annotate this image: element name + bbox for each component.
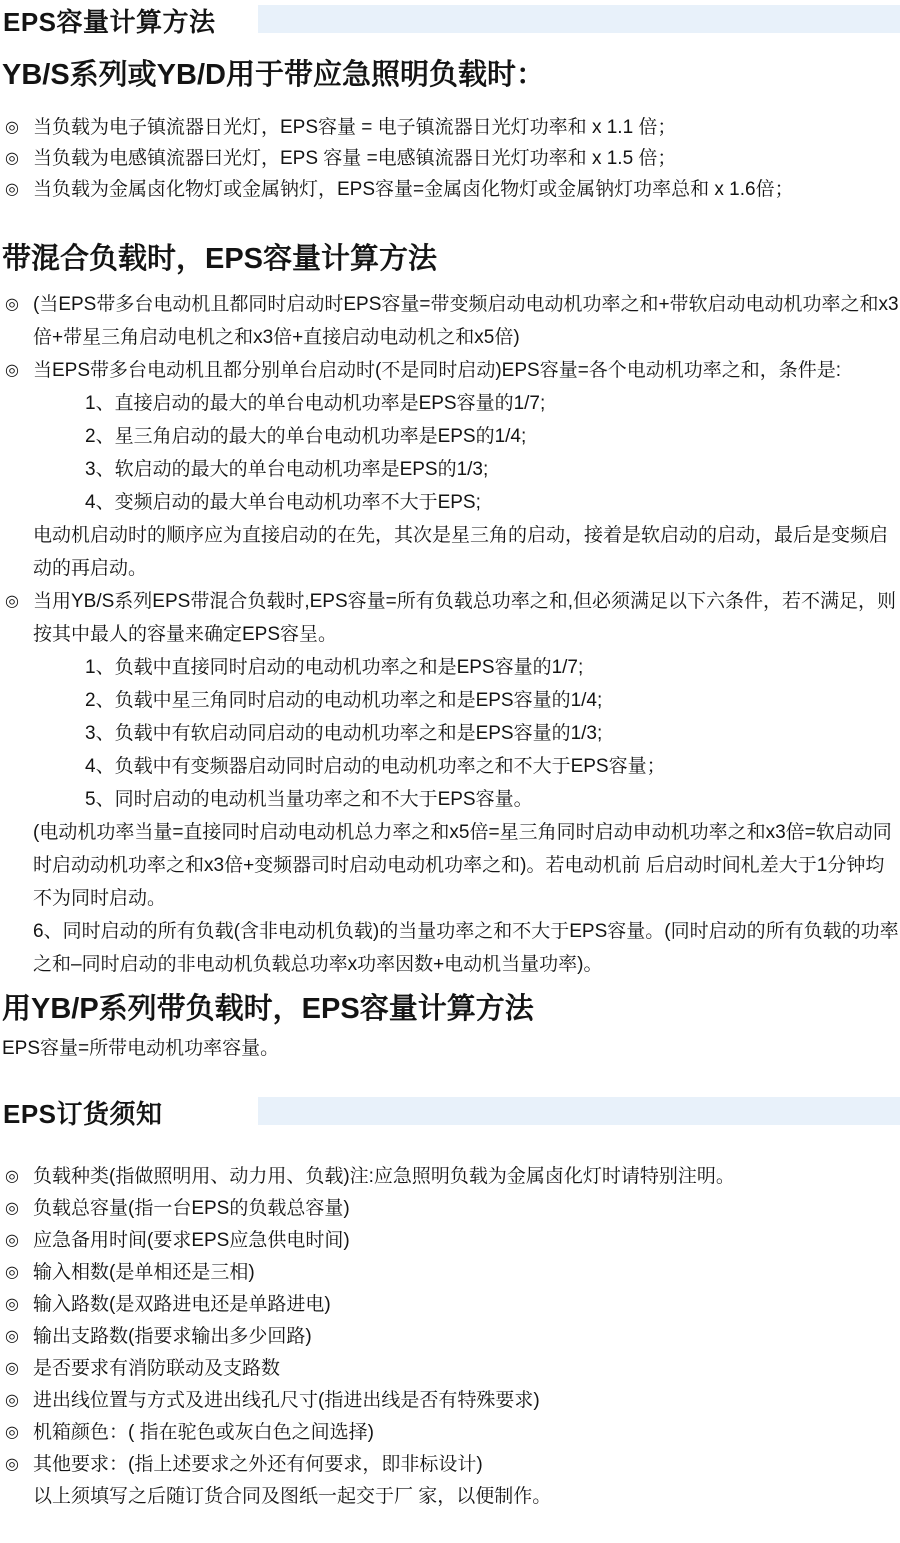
paragraph: 6、同时启动的所有负载(含非电动机负载)的当量功率之和不大于EPS容量。(同时启…	[0, 915, 900, 981]
section-title-ordering: EPS订货须知	[3, 1094, 163, 1131]
bullet-icon: ◎	[5, 288, 19, 321]
list-item-text: 当负载为金属卤化物灯或金属钠灯，EPS容量=金属卤化物灯或金属钠灯功率总和 x …	[33, 179, 794, 200]
list-item-text: 当负载为电感镇流器曰光灯，EPS 容量 =电感镇流器日光灯功率和 x 1.5 倍…	[33, 148, 676, 169]
list-item: ◎ (当EPS带多台电动机且都同时启动时EPS容量=带变频启动电动机功率之和+带…	[0, 288, 900, 354]
bullet-icon: ◎	[5, 1225, 19, 1257]
bullet-icon: ◎	[5, 1385, 19, 1417]
list-item-text: 输出支路数(指要求输出多少回路)	[33, 1326, 312, 1347]
bullet-icon: ◎	[5, 1161, 19, 1193]
list-item: ◎ 当负载为电子镇流器日光灯，EPS容量 = 电子镇流器日光灯功率和 x 1.1…	[0, 112, 900, 143]
bullet-icon: ◎	[5, 1257, 19, 1289]
list-item: ◎ 当EPS带多台电动机且都分别单台启动时(不是同时启动)EPS容量=各个电动机…	[0, 354, 900, 387]
list-item: ◎ 应急备用时间(要求EPS应急供电时间)	[0, 1225, 900, 1257]
list-item: ◎ 负载总容量(指一台EPS的负载总容量)	[0, 1193, 900, 1225]
numbered-item: 4、变频启动的最大单台电动机功率不大于EPS;	[0, 486, 900, 519]
bullet-icon: ◎	[5, 1417, 19, 1449]
ybp-formula-text: EPS容量=所带电动机功率容量。	[0, 1035, 900, 1063]
paragraph: (电动机功率当量=直接同时启动电动机总力率之和x5倍=星三角同时启动申动机功率之…	[0, 816, 900, 915]
heading-emergency-lighting-load: YB/S系列或YB/D用于带应急照明负载时：	[0, 57, 900, 93]
list-item-text: 是否要求有消防联动及支路数	[33, 1358, 280, 1379]
numbered-item: 4、负载中有变频器启动同时启动的电动机功率之和不大于EPS容量；	[0, 750, 900, 783]
list-item-text: 输入相数(是单相还是三相)	[33, 1262, 255, 1283]
bullet-icon: ◎	[5, 1449, 19, 1481]
bullet-icon: ◎	[5, 585, 19, 618]
list-item-text: 应急备用时间(要求EPS应急供电时间)	[33, 1230, 350, 1251]
numbered-item: 5、同时启动的电动机当量功率之和不大于EPS容量。	[0, 783, 900, 816]
list-item-text: 其他要求：(指上述要求之外还有何要求，即非标设计)	[33, 1454, 483, 1475]
list-item-text: 输入路数(是双路进电还是单路进电)	[33, 1294, 331, 1315]
bullet-icon: ◎	[5, 112, 19, 143]
list-item: ◎ 当负载为电感镇流器曰光灯，EPS 容量 =电感镇流器日光灯功率和 x 1.5…	[0, 143, 900, 174]
numbered-item: 2、负载中星三角同时启动的电动机功率之和是EPS容量的1/4;	[0, 684, 900, 717]
numbered-item: 3、软启动的最大的单台电动机功率是EPS的1/3;	[0, 453, 900, 486]
list-item: ◎ 进出线位置与方式及进出线孔尺寸(指进出线是否有特殊要求)	[0, 1385, 900, 1417]
bullet-icon: ◎	[5, 143, 19, 174]
numbered-item: 3、负载中有软启动同启动的电动机功率之和是EPS容量的1/3;	[0, 717, 900, 750]
bullet-icon: ◎	[5, 1321, 19, 1353]
section-header-ordering: EPS订货须知	[0, 1097, 900, 1125]
bullet-icon: ◎	[5, 354, 19, 387]
mixed-load-list: ◎ (当EPS带多台电动机且都同时启动时EPS容量=带变频启动电动机功率之和+带…	[0, 288, 900, 981]
bullet-icon: ◎	[5, 1353, 19, 1385]
list-item-text: (当EPS带多台电动机且都同时启动时EPS容量=带变频启动电动机功率之和+带软启…	[33, 294, 899, 348]
accent-bar	[258, 1097, 900, 1125]
bullet-icon: ◎	[5, 1289, 19, 1321]
list-item-text: 机箱颜色：( 指在驼色或灰白色之间选择)	[33, 1422, 374, 1443]
list-item: ◎ 当用YB/S系列EPS带混合负载时,EPS容量=所有负载总功率之和,但必须满…	[0, 585, 900, 651]
document-page: EPS容量计算方法 YB/S系列或YB/D用于带应急照明负载时： ◎ 当负载为电…	[0, 5, 900, 1543]
list-item: ◎ 其他要求：(指上述要求之外还有何要求，即非标设计)	[0, 1449, 900, 1481]
paragraph: 电动机启动时的顺序应为直接启动的在先，其次是星三角的启动，接着是软启动的启动，最…	[0, 519, 900, 585]
lighting-load-list: ◎ 当负载为电子镇流器日光灯，EPS容量 = 电子镇流器日光灯功率和 x 1.1…	[0, 112, 900, 205]
list-item: ◎ 机箱颜色：( 指在驼色或灰白色之间选择)	[0, 1417, 900, 1449]
ordering-notes-list: ◎ 负载种类(指做照明用、动力用、负载)注:应急照明负载为金属卤化灯时请特别注明…	[0, 1161, 900, 1513]
ordering-footer-note: 以上须填写之后随订货合同及图纸一起交于厂 家，以便制作。	[0, 1481, 900, 1513]
list-item-text: 当EPS带多台电动机且都分别单台启动时(不是同时启动)EPS容量=各个电动机功率…	[33, 360, 841, 381]
list-item: ◎ 输入相数(是单相还是三相)	[0, 1257, 900, 1289]
section-header-capacity-calc: EPS容量计算方法	[0, 5, 900, 33]
list-item: ◎ 当负载为金属卤化物灯或金属钠灯，EPS容量=金属卤化物灯或金属钠灯功率总和 …	[0, 174, 900, 205]
heading-ybp-load: 用YB/P系列带负载时，EPS容量计算方法	[0, 991, 900, 1027]
list-item-text: 负载种类(指做照明用、动力用、负载)注:应急照明负载为金属卤化灯时请特别注明。	[33, 1166, 735, 1187]
accent-bar	[258, 5, 900, 33]
numbered-item: 2、星三角启动的最大的单台电动机功率是EPS的1/4;	[0, 420, 900, 453]
numbered-item: 1、直接启动的最大的单台电动机功率是EPS容量的1/7;	[0, 387, 900, 420]
bullet-icon: ◎	[5, 1193, 19, 1225]
list-item: ◎ 输入路数(是双路进电还是单路进电)	[0, 1289, 900, 1321]
list-item-text: 当用YB/S系列EPS带混合负载时,EPS容量=所有负载总功率之和,但必须满足以…	[33, 591, 896, 645]
list-item-text: 进出线位置与方式及进出线孔尺寸(指进出线是否有特殊要求)	[33, 1390, 540, 1411]
list-item-text: 负载总容量(指一台EPS的负载总容量)	[33, 1198, 350, 1219]
heading-mixed-load: 带混合负载时，EPS容量计算方法	[0, 241, 900, 277]
list-item-text: 当负载为电子镇流器日光灯，EPS容量 = 电子镇流器日光灯功率和 x 1.1 倍…	[33, 117, 676, 138]
list-item: ◎ 输出支路数(指要求输出多少回路)	[0, 1321, 900, 1353]
list-item: ◎ 负载种类(指做照明用、动力用、负载)注:应急照明负载为金属卤化灯时请特别注明…	[0, 1161, 900, 1193]
numbered-item: 1、负载中直接同时启动的电动机功率之和是EPS容量的1/7;	[0, 651, 900, 684]
section-title-capacity-calc: EPS容量计算方法	[3, 2, 216, 39]
bullet-icon: ◎	[5, 174, 19, 205]
list-item: ◎ 是否要求有消防联动及支路数	[0, 1353, 900, 1385]
